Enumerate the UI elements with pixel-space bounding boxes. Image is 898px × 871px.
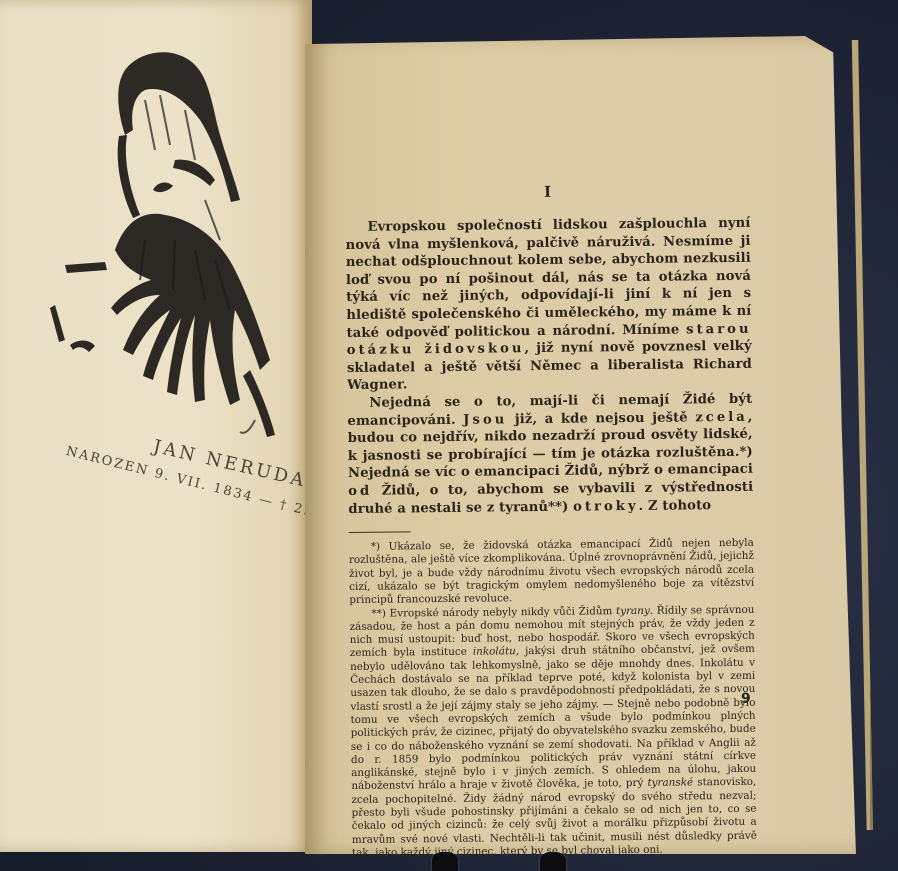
body-paragraph: Nejedná se o to, mají-li či nemají Židé …: [347, 391, 753, 518]
emphasis-italic: tyrany: [616, 604, 650, 616]
portrait-caption: JAN NERUDA NAROZEN 9. VII. 1834 — † 22. …: [64, 436, 324, 526]
emphasis-spaced: otroky: [573, 498, 639, 514]
open-book-photo: JAN NERUDA NAROZEN 9. VII. 1834 — † 22. …: [0, 0, 898, 871]
chapter-numeral: I: [345, 181, 750, 203]
book-clip: [540, 852, 566, 871]
emphasis-spaced: od: [348, 484, 372, 499]
emphasis-italic: inkolátu: [473, 646, 516, 658]
text-run: *) Ukázalo se, že židovská otázka emanci…: [349, 537, 754, 606]
left-page: JAN NERUDA NAROZEN 9. VII. 1834 — † 22. …: [0, 0, 312, 852]
footnote: *) Ukázalo se, že židovská otázka emanci…: [349, 537, 755, 608]
text-run: **) Evropské národy nebyly nikdy vůči Ži…: [371, 605, 616, 620]
book-clip: [432, 852, 458, 871]
emphasis-spaced: zcela: [695, 409, 748, 425]
text-run: . Z tohoto: [638, 498, 711, 514]
text-run: , jakýsi druh státního občanství, jež ov…: [350, 643, 756, 792]
page-number: 9: [741, 691, 751, 707]
body-paragraph: Evropskou společností lidskou zašplouchl…: [345, 215, 752, 395]
emphasis-italic: tyranské: [647, 777, 693, 789]
footnote: **) Evropské národy nebyly nikdy vůči Ži…: [349, 603, 757, 860]
text-run: již, a kde nejsou ještě: [507, 410, 695, 427]
portrait-sketch-icon: [45, 40, 285, 440]
footnote-divider: [349, 531, 411, 533]
emphasis-spaced: Jsou: [463, 412, 507, 427]
page-text: I Evropskou společností lidskou zašplouc…: [345, 181, 757, 860]
